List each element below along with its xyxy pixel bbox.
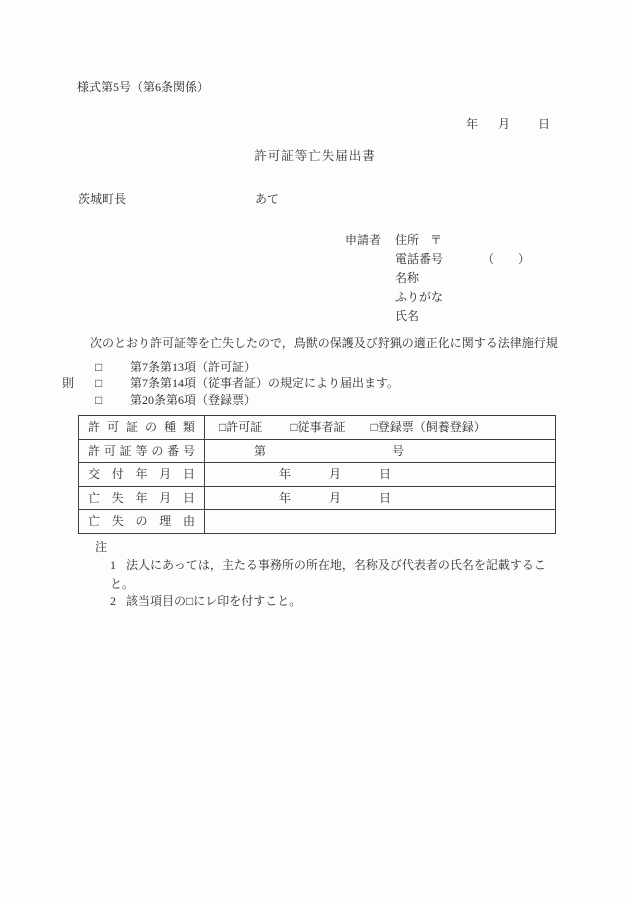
loss-day-label: 日 [379, 491, 391, 505]
permit-number-cell: 第号 [205, 439, 556, 463]
option-label-worker: 第7条第14項（従事者証）の規定により届出ます。 [130, 376, 399, 390]
applicant-furigana-line: ふりがな [395, 288, 530, 307]
note-item-2: 2該当項目の□にレ印を付すこと。 [110, 592, 556, 611]
form-number: 様式第5号（第6条関係） [77, 80, 209, 94]
address-label: 住所 [395, 233, 419, 247]
type-checkbox-registration[interactable]: □登録票（飼養登録） [371, 420, 486, 434]
table-row-loss-reason: 亡失の理由 [79, 510, 556, 534]
note-number-2: 2 [110, 594, 116, 608]
number-suffix: 号 [392, 444, 404, 458]
type-checkbox-worker[interactable]: □従事者証 [290, 420, 345, 434]
issue-day-label: 日 [379, 467, 391, 481]
notes-label: 注 [95, 540, 107, 554]
issue-date-cell: 年月日 [205, 463, 556, 487]
loss-date-cell: 年月日 [205, 486, 556, 510]
number-prefix: 第 [254, 444, 266, 458]
postal-mark: 〒 [430, 233, 442, 247]
loss-year-label: 年 [279, 491, 291, 505]
document-page: 様式第5号（第6条関係） 年月日 許可証等亡失届出書 茨城町長 あて 申請者 住… [0, 0, 630, 903]
checkbox-registration-icon[interactable]: □ [95, 393, 102, 407]
form-title: 許可証等亡失届出書 [0, 149, 630, 163]
note-number-1: 1 [110, 558, 116, 572]
addressee-name: 茨城町長 [78, 192, 126, 206]
date-line: 年月日 [466, 117, 550, 131]
row-label-issue-date: 交付年月日 [79, 467, 204, 481]
note-text-1: 法人にあっては，主たる事務所の所在地，名称及び代表者の氏名を記載すること。 [110, 558, 546, 591]
fullname-label: 氏名 [395, 309, 419, 323]
option-label-permit: 第7条第13項（許可証） [130, 360, 256, 374]
checkbox-permit-icon[interactable]: □ [95, 360, 102, 374]
note-text-2: 該当項目の□にレ印を付すこと。 [126, 594, 301, 608]
loss-detail-table: 許可証の種類 □許可証 □従事者証 □登録票（飼養登録） 許可証等の番号 第号 … [78, 415, 556, 534]
date-month-label: 月 [498, 117, 510, 131]
date-day-label: 日 [538, 117, 550, 131]
note-item-1: 1法人にあっては，主たる事務所の所在地，名称及び代表者の氏名を記載すること。 [110, 556, 556, 594]
addressee-suffix: あて [255, 192, 279, 206]
applicant-fullname-line: 氏名 [395, 307, 530, 326]
applicant-phone-line: 電話番号（ ） [395, 250, 530, 269]
hang-char: 則 [62, 376, 74, 390]
issue-month-label: 月 [329, 467, 341, 481]
row-label-number: 許可証等の番号 [79, 444, 204, 458]
declaration-intro: 次のとおり許可証等を亡失したので，鳥獣の保護及び狩猟の適正化に関する法律施行規 [90, 336, 558, 350]
loss-month-label: 月 [329, 491, 341, 505]
table-row-number: 許可証等の番号 第号 [79, 439, 556, 463]
applicant-name-line: 名称 [395, 269, 530, 288]
loss-reason-cell [205, 510, 556, 534]
type-checkbox-permit[interactable]: □許可証 [219, 420, 262, 434]
date-year-label: 年 [466, 117, 478, 131]
applicant-address-line: 住所〒 [395, 231, 530, 250]
table-row-loss-date: 亡失年月日 年月日 [79, 486, 556, 510]
row-label-loss-date: 亡失年月日 [79, 491, 204, 505]
name-label: 名称 [395, 271, 419, 285]
phone-parens: （ ） [482, 252, 530, 266]
issue-year-label: 年 [279, 467, 291, 481]
table-row-type: 許可証の種類 □許可証 □従事者証 □登録票（飼養登録） [79, 416, 556, 440]
option-row-registration: □ 第20条第6項（登録票） [62, 393, 542, 408]
furigana-label: ふりがな [395, 290, 443, 304]
applicant-block: 申請者 住所〒 電話番号（ ） 名称 ふりがな 氏名 [345, 231, 530, 326]
option-row-permit: □ 第7条第13項（許可証） [62, 360, 542, 375]
row-label-loss-reason: 亡失の理由 [79, 514, 204, 528]
checkbox-worker-icon[interactable]: □ [95, 376, 102, 390]
table-row-issue-date: 交付年月日 年月日 [79, 463, 556, 487]
option-row-worker: 則 □ 第7条第14項（従事者証）の規定により届出ます。 [62, 376, 542, 391]
applicant-label: 申請者 [345, 231, 381, 250]
option-label-registration: 第20条第6項（登録票） [130, 393, 256, 407]
phone-label: 電話番号 [395, 252, 443, 266]
row-label-type: 許可証の種類 [79, 420, 204, 434]
